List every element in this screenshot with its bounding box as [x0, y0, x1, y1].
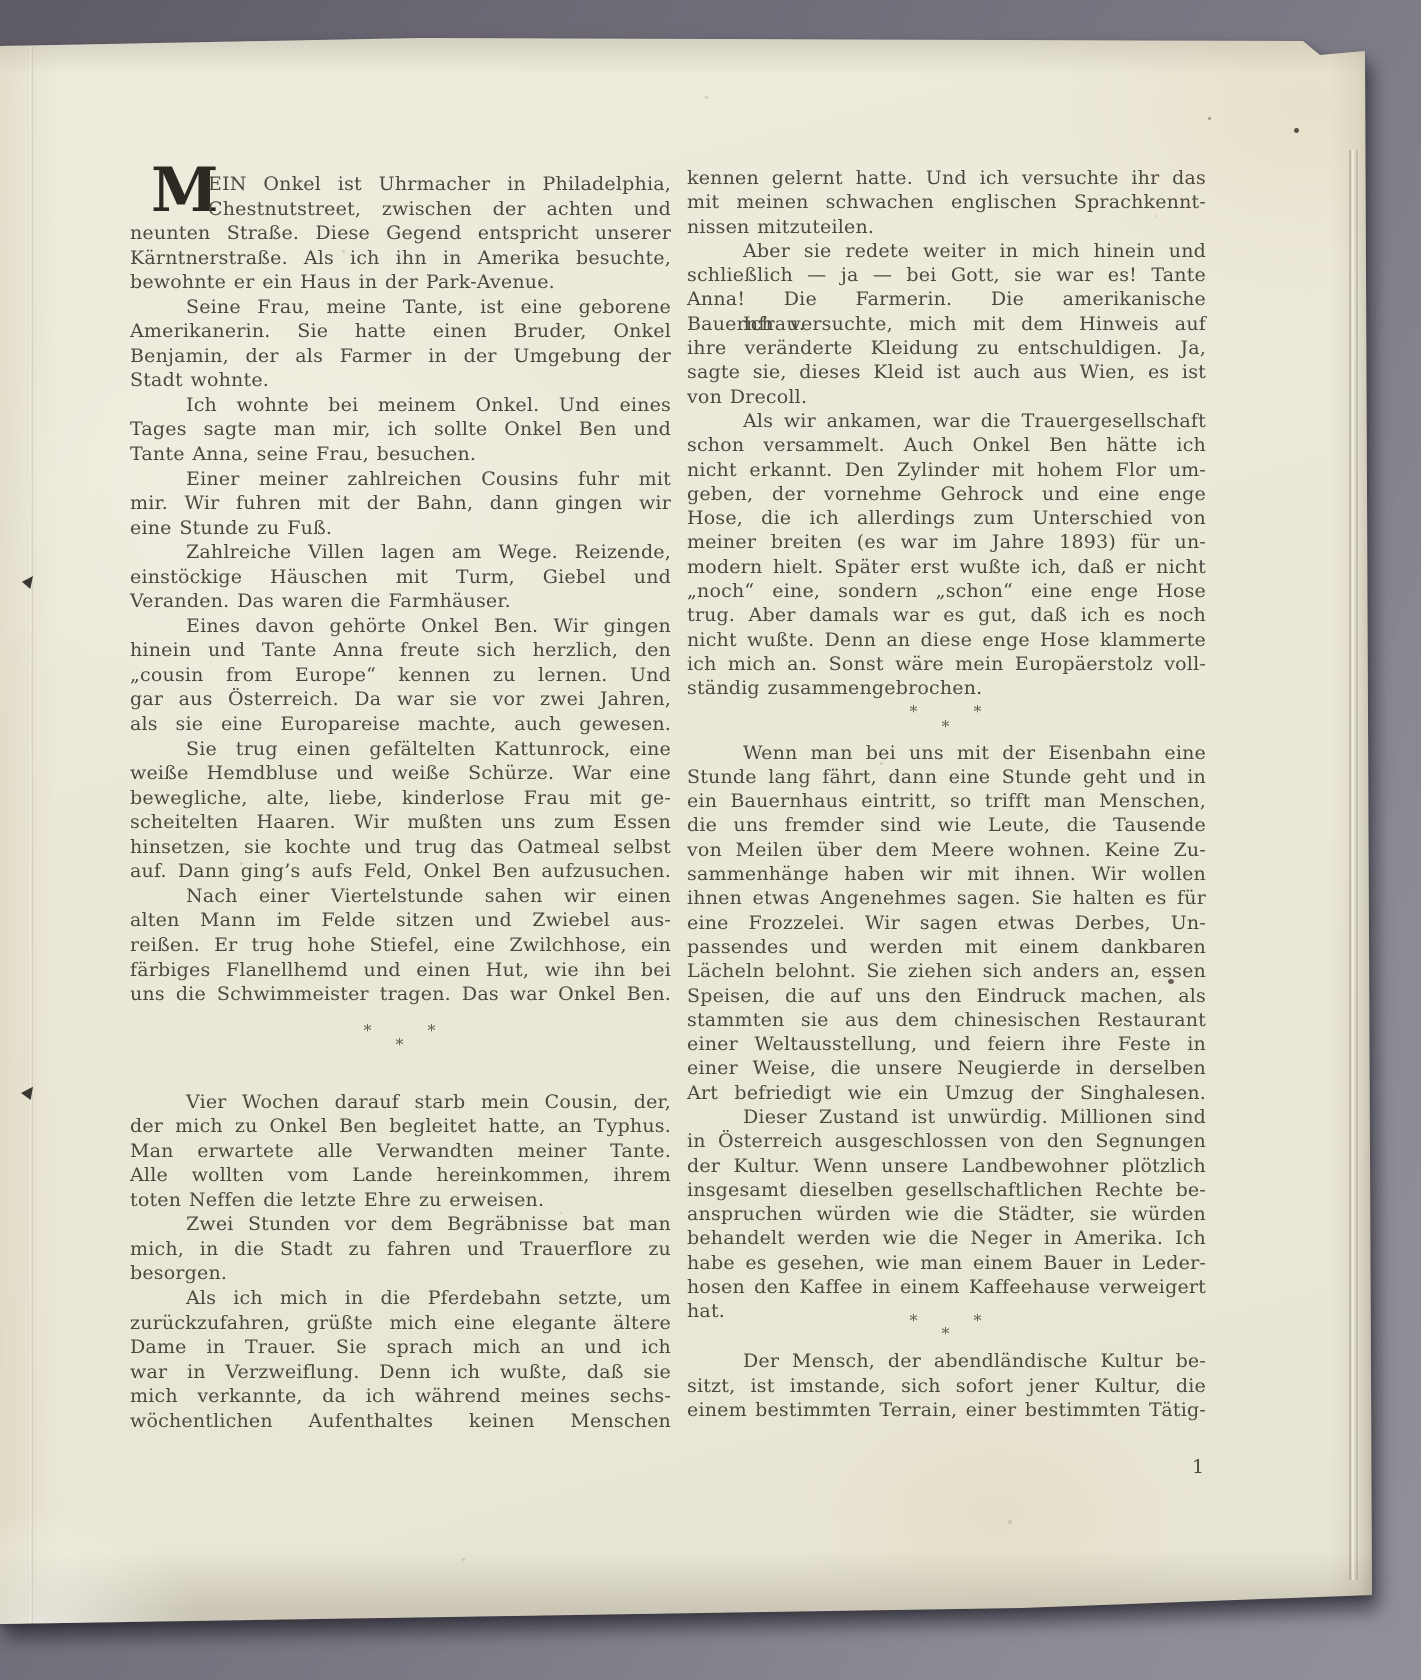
text-line: trug. Aber damals war es gut, daß ich es… — [687, 603, 1206, 627]
asterisk-glyph: * — [974, 704, 982, 720]
text-line: Stadt wohnte. — [130, 368, 671, 393]
text-line: weiße Hemdbluse und weiße Schürze. War e… — [130, 761, 671, 786]
text-line: Zwei Stunden vor dem Begräbnisse bat man — [130, 1212, 671, 1237]
text-line: „cousin from Europe“ kennen zu lernen. U… — [130, 663, 671, 688]
text-line: gar aus Österreich. Da war sie vor zwei … — [130, 687, 671, 712]
magazine-page: M EIN Onkel ist Uhrmacher in Philadelphi… — [0, 0, 1421, 1680]
text-line: Stunde lang fährt, dann eine Stunde geht… — [687, 765, 1206, 789]
text-line: schon versammelt. Auch Onkel Ben hätte i… — [687, 433, 1206, 457]
text-line: Speisen, die auf uns den Eindruck machen… — [687, 984, 1206, 1008]
asterisk-glyph: * — [396, 1037, 404, 1053]
text-line: behandelt werden wie die Neger in Amerik… — [687, 1226, 1206, 1250]
paper-freckle — [705, 96, 708, 99]
text-line: toten Neffen die letzte Ehre zu erweisen… — [130, 1188, 671, 1213]
text-line: Zahlreiche Villen lagen am Wege. Reizend… — [130, 540, 671, 565]
text-line: sammenhänge haben wir mit ihnen. Wir wol… — [687, 862, 1206, 886]
text-line: hinsetzen, sie kochte und trug das Oatme… — [130, 835, 671, 860]
text-line: einstöckige Häuschen mit Turm, Giebel un… — [130, 565, 671, 590]
text-line: passendes und werden mit einem dankbaren — [687, 935, 1206, 959]
text-line: besorgen. — [130, 1261, 671, 1286]
text-line: färbiges Flanellhemd und einen Hut, wie … — [130, 958, 671, 983]
text-line: von Meilen über dem Meere wohnen. Keine … — [687, 838, 1206, 862]
text-line: Chestnutstreet, zwischen der achten und — [130, 197, 671, 222]
text-line: kennen gelernt hatte. Und ich versuchte … — [687, 166, 1206, 190]
left-column: EIN Onkel ist Uhrmacher in Philadelphia,… — [130, 172, 671, 1433]
section-separator: *** — [687, 701, 1206, 741]
section-separator: *** — [687, 1299, 1206, 1349]
text-line: auf. Dann ging’s aufs Feld, Onkel Ben au… — [130, 859, 671, 884]
text-line: die uns fremder sind wie Leute, die Taus… — [687, 813, 1206, 837]
text-line: Eines davon gehörte Onkel Ben. Wir ginge… — [130, 614, 671, 639]
text-line: meiner breiten (es war im Jahre 1893) fü… — [687, 530, 1206, 554]
text-line: Tages sagte man mir, ich sollte Onkel Be… — [130, 417, 671, 442]
text-line: ein Bauernhaus eintritt, so trifft man M… — [687, 789, 1206, 813]
asterisk-glyph: * — [942, 719, 950, 735]
text-line: Sie trug einen gefältelten Kattunrock, e… — [130, 737, 671, 762]
text-line: einem bestimmten Terrain, einer bestimmt… — [687, 1398, 1206, 1422]
text-line: „noch“ eine, sondern „schon“ eine enge H… — [687, 579, 1206, 603]
asterisk-glyph: * — [910, 704, 918, 720]
text-line: scheitelten Haaren. Wir mußten uns zum E… — [130, 810, 671, 835]
text-line: Seine Frau, meine Tante, ist eine gebore… — [130, 295, 671, 320]
text-line: Ich versuchte, mich mit dem Hinweis auf — [687, 312, 1206, 336]
text-line: sitzt, ist imstande, sich sofort jener K… — [687, 1374, 1206, 1398]
asterisk-glyph: * — [942, 1326, 950, 1342]
text-line: nissen mitzuteilen. — [687, 215, 1206, 239]
scan-background: M EIN Onkel ist Uhrmacher in Philadelphi… — [0, 0, 1421, 1680]
text-line: Als wir ankamen, war die Trauergesellsch… — [687, 409, 1206, 433]
paper-freckle — [1008, 1520, 1012, 1524]
text-line: Vier Wochen darauf starb mein Cousin, de… — [130, 1090, 671, 1115]
text-line: reißen. Er trug hohe Stiefel, eine Zwilc… — [130, 933, 671, 958]
text-line: in Österreich ausgeschlossen von den Seg… — [687, 1129, 1206, 1153]
text-line: mit meinen schwachen englischen Sprachke… — [687, 190, 1206, 214]
asterisk-glyph: * — [364, 1023, 372, 1039]
text-line: ich mich an. Sonst wäre mein Europäersto… — [687, 652, 1206, 676]
text-line: von Drecoll. — [687, 385, 1206, 409]
text-line: Dieser Zustand ist unwürdig. Millionen s… — [687, 1105, 1206, 1129]
text-line: hosen den Kaffee in einem Kaffeehause ve… — [687, 1275, 1206, 1299]
text-line: bewegliche, alte, liebe, kinderlose Frau… — [130, 786, 671, 811]
text-line: Ich wohnte bei meinem Onkel. Und eines — [130, 393, 671, 418]
paper-freckle — [462, 1558, 465, 1561]
text-line: anspruchen würden wie die Städter, sie w… — [687, 1202, 1206, 1226]
text-line: modern hielt. Später erst wußte ich, daß… — [687, 555, 1206, 579]
text-line: ständig zusammengebrochen. — [687, 676, 1206, 700]
page-number: 1 — [1186, 1456, 1210, 1478]
text-line: als sie eine Europareise machte, auch ge… — [130, 712, 671, 737]
text-line: Kärntnerstraße. Als ich ihn in Amerika b… — [130, 246, 671, 271]
text-line: alten Mann im Felde sitzen und Zwiebel a… — [130, 908, 671, 933]
text-line: Lächeln belohnt. Sie ziehen sich anders … — [687, 959, 1206, 983]
text-line: schließlich — ja — bei Gott, sie war es!… — [687, 263, 1206, 287]
text-line: eine Stunde zu Fuß. — [130, 516, 671, 541]
text-line: Einer meiner zahlreichen Cousins fuhr mi… — [130, 467, 671, 492]
asterisk-glyph: * — [910, 1313, 918, 1329]
text-line: Veranden. Das waren die Farmhäuser. — [130, 589, 671, 614]
text-line: einer Weise, die unsere Neugierde in der… — [687, 1056, 1206, 1080]
right-column: kennen gelernt hatte. Und ich versuchte … — [687, 166, 1206, 1422]
text-line: sagte sie, dieses Kleid ist auch aus Wie… — [687, 360, 1206, 384]
text-line: bewohnte er ein Haus in der Park-Avenue. — [130, 270, 671, 295]
text-line: geben, der vornehme Gehrock und eine eng… — [687, 482, 1206, 506]
text-line: Aber sie redete weiter in mich hinein un… — [687, 239, 1206, 263]
text-line: mich verkannte, da ich während meines se… — [130, 1384, 671, 1409]
text-line: hinein und Tante Anna freute sich herzli… — [130, 638, 671, 663]
text-line: mir. Wir fuhren mit der Bahn, dann ginge… — [130, 491, 671, 516]
asterisk-glyph: * — [974, 1313, 982, 1329]
text-line: stammten sie aus dem chinesischen Restau… — [687, 1008, 1206, 1032]
page-stack-edge — [1352, 150, 1354, 1580]
ink-speck — [1208, 117, 1211, 120]
section-separator: *** — [130, 1007, 671, 1090]
text-line: zurückzufahren, grüßte mich eine elegant… — [130, 1311, 671, 1336]
text-line: war in Verzweiflung. Denn ich wußte, daß… — [130, 1360, 671, 1385]
text-line: nicht wußte. Denn an diese enge Hose kla… — [687, 628, 1206, 652]
text-line: mich, in die Stadt zu fahren und Trauerf… — [130, 1237, 671, 1262]
text-line: Alle wollten vom Lande hereinkommen, ihr… — [130, 1163, 671, 1188]
text-line: uns die Schwimmeister tragen. Das war On… — [130, 982, 671, 1007]
text-line: EIN Onkel ist Uhrmacher in Philadelphia, — [130, 172, 671, 197]
text-line: Der Mensch, der abendländische Kultur be… — [687, 1349, 1206, 1373]
text-line: Hose, die ich allerdings zum Unterschied… — [687, 506, 1206, 530]
text-line: Dame in Trauer. Sie sprach mich an und i… — [130, 1335, 671, 1360]
text-line: ihnen etwas Angenehmes sagen. Sie halten… — [687, 886, 1206, 910]
text-line: Art befriedigt wie ein Umzug der Singhal… — [687, 1081, 1206, 1105]
text-line: Nach einer Viertelstunde sahen wir einen — [130, 884, 671, 909]
text-line: insgesamt dieselben gesellschaftlichen R… — [687, 1178, 1206, 1202]
text-line: ihre veränderte Kleidung zu entschuldige… — [687, 336, 1206, 360]
page-stack-edge — [1356, 150, 1358, 1580]
text-line: der mich zu Onkel Ben begleitet hatte, a… — [130, 1114, 671, 1139]
text-line: Man erwartete alle Verwandten meiner Tan… — [130, 1139, 671, 1164]
text-line: einer Weltausstellung, und feiern ihre F… — [687, 1032, 1206, 1056]
text-line: habe es gesehen, wie man einem Bauer in … — [687, 1251, 1206, 1275]
ink-speck — [1294, 128, 1299, 133]
text-line: Wenn man bei uns mit der Eisenbahn eine — [687, 741, 1206, 765]
text-line: der Kultur. Wenn unsere Landbewohner plö… — [687, 1154, 1206, 1178]
text-line: Als ich mich in die Pferdebahn setzte, u… — [130, 1286, 671, 1311]
text-line: Benjamin, der als Farmer in der Umgebung… — [130, 344, 671, 369]
text-line: Tante Anna, seine Frau, besuchen. — [130, 442, 671, 467]
fold-crease — [30, 46, 33, 1624]
text-line: nicht erkannt. Den Zylinder mit hohem Fl… — [687, 458, 1206, 482]
asterisk-glyph: * — [428, 1023, 436, 1039]
text-line: Anna! Die Farmerin. Die amerikanische Ba… — [687, 287, 1206, 311]
text-line: neunten Straße. Diese Gegend entspricht … — [130, 221, 671, 246]
text-line: wöchentlichen Aufenthaltes keinen Mensch… — [130, 1409, 671, 1434]
page-stack-edge — [1349, 150, 1351, 1580]
text-line: eine Frozzelei. Wir sagen etwas Derbes, … — [687, 911, 1206, 935]
text-line: Amerikanerin. Sie hatte einen Bruder, On… — [130, 319, 671, 344]
